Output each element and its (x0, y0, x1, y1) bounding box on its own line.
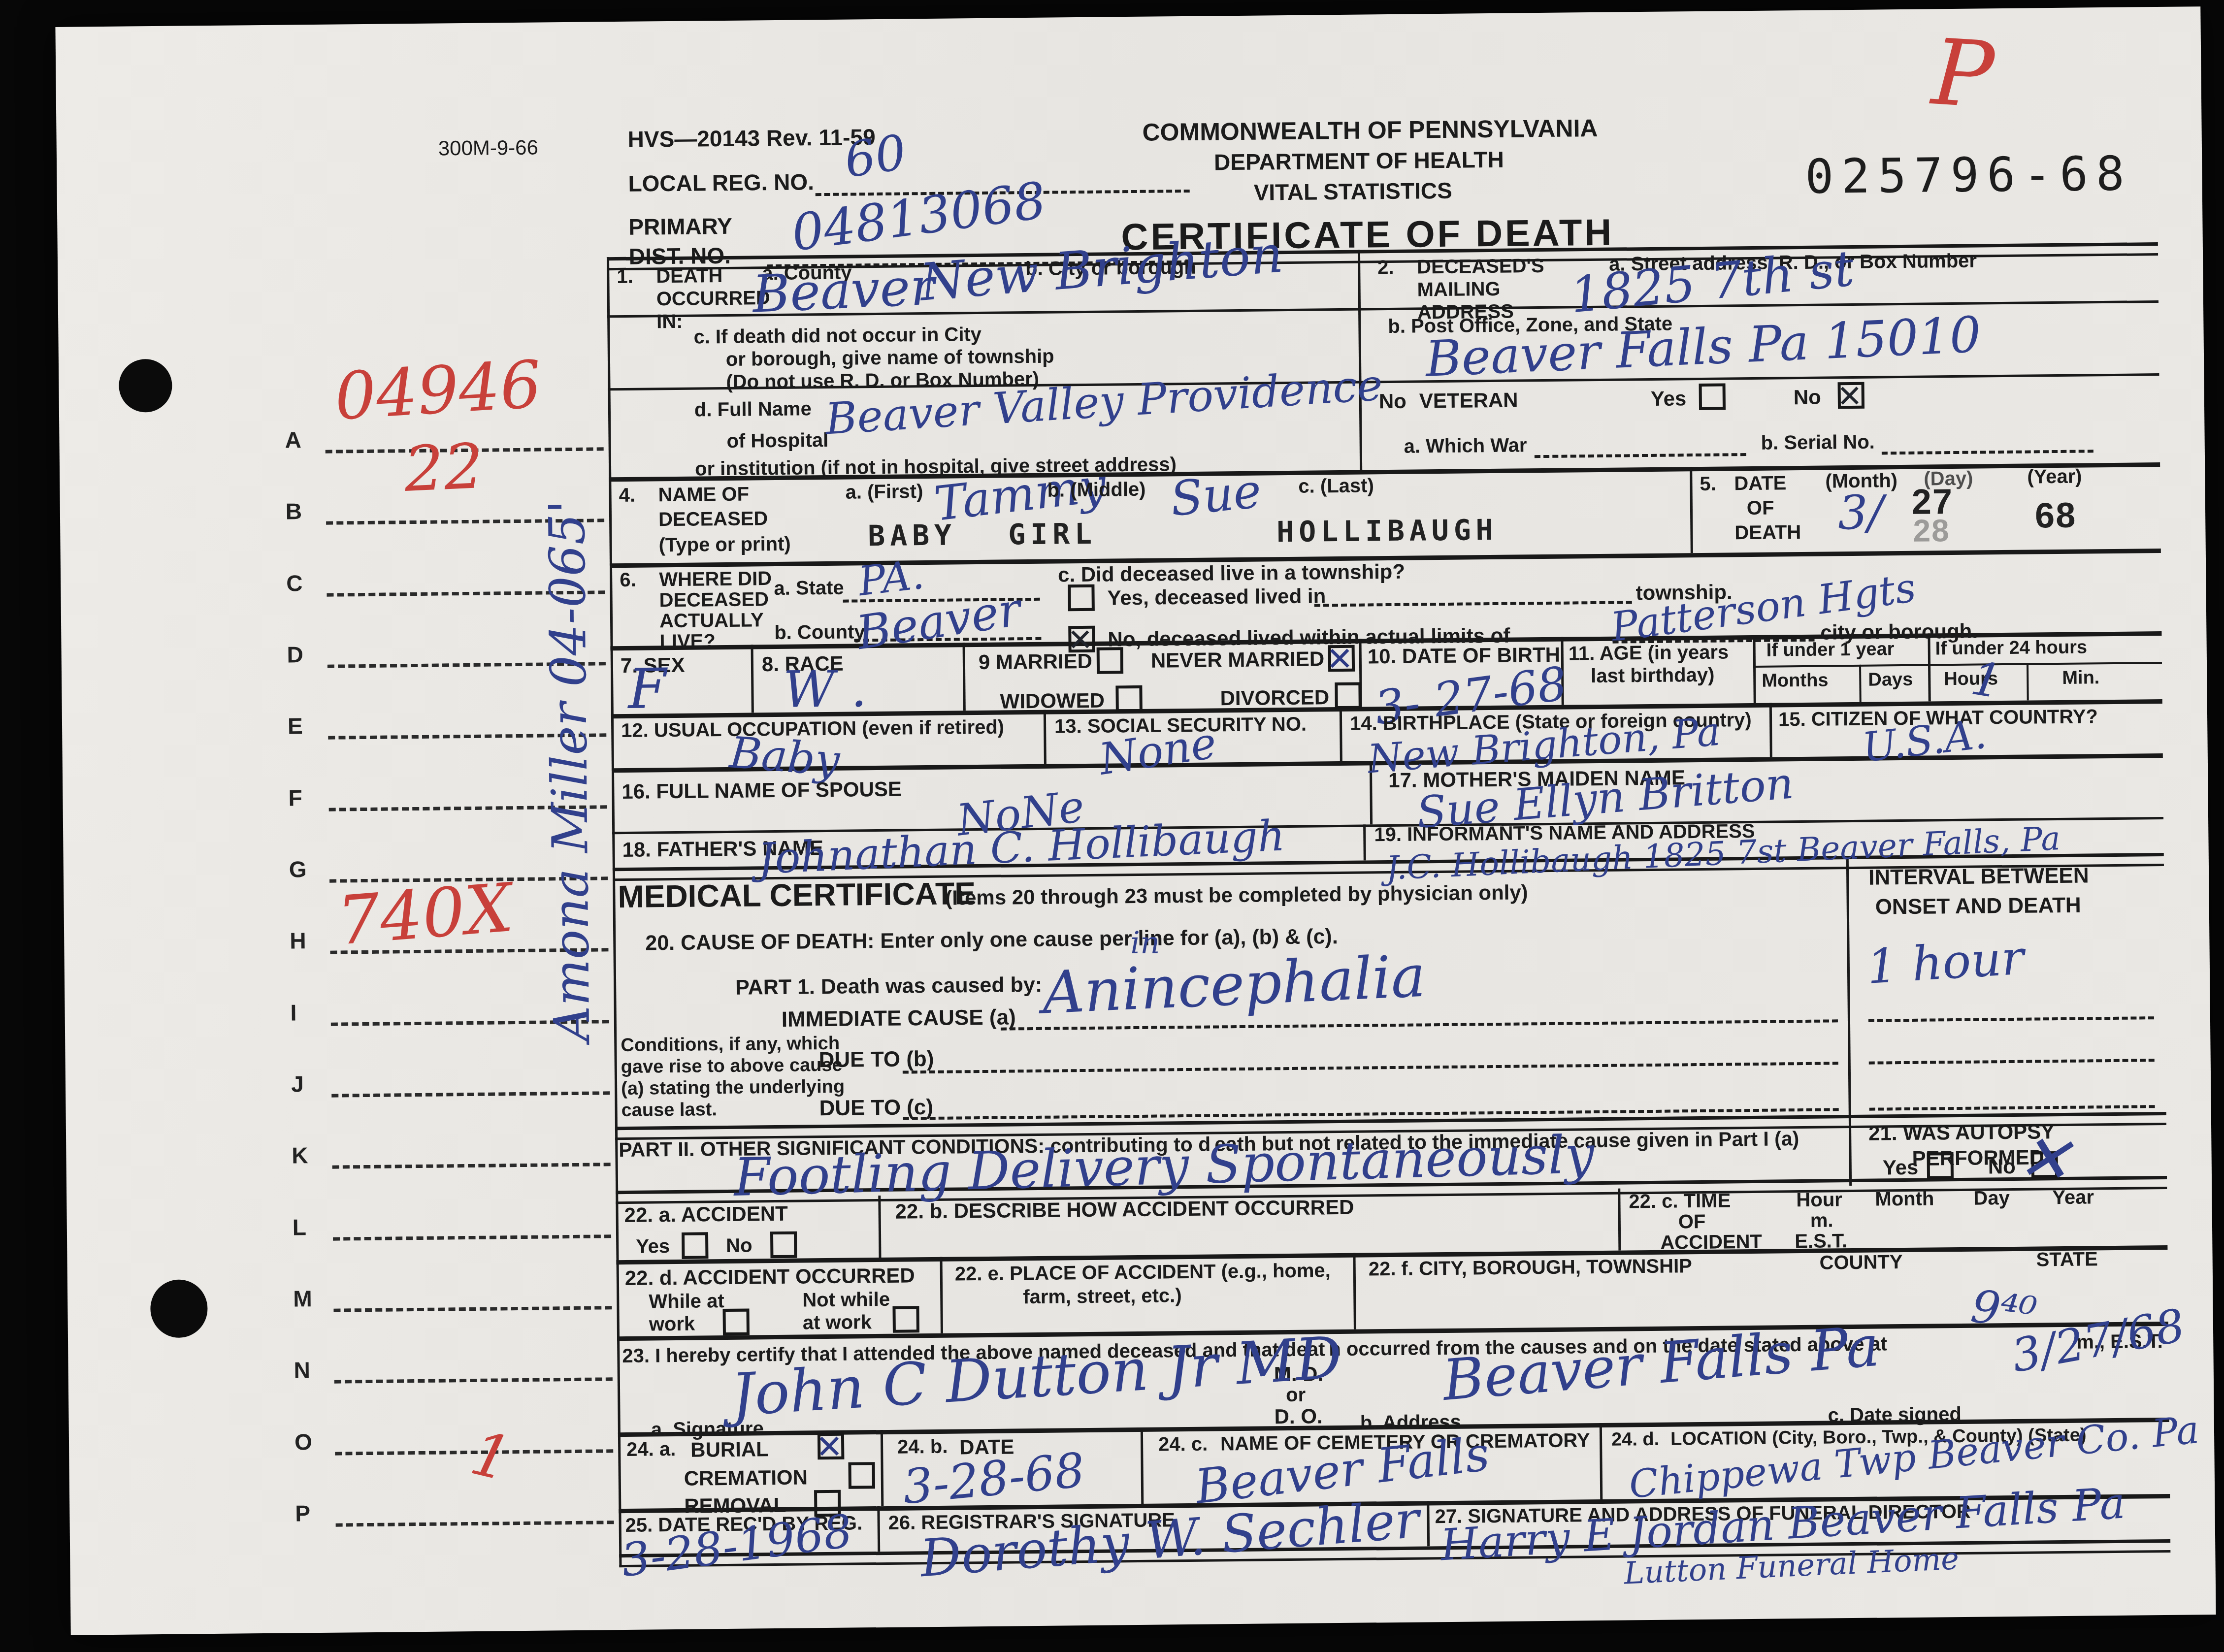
margin-letter-o: O (294, 1428, 312, 1455)
margin-letter-n: N (294, 1357, 310, 1383)
local-reg-value: 60 (841, 128, 909, 185)
s3-label: VETERAN (1419, 389, 1518, 413)
s20-c-interval-line (1869, 1105, 2155, 1111)
margin-letter-f: F (288, 784, 302, 811)
s3-no: No (1379, 389, 1406, 414)
s23-c-label: c. Date signed (1828, 1403, 1962, 1427)
s22a-no-checkbox[interactable] (770, 1231, 797, 1259)
s22c-year: Year (2052, 1186, 2094, 1209)
interval-col-border (1846, 856, 1852, 1186)
s1-l3: IN: (656, 311, 683, 333)
s4-middle-typed: GIRL (1008, 517, 1097, 551)
r4-v1 (751, 645, 754, 713)
r25-v2 (1427, 1501, 1430, 1546)
r5-v2 (1340, 707, 1342, 761)
s20-b-interval-line (1869, 1059, 2155, 1065)
s1-city-value: New Brighton (918, 228, 1285, 308)
s2-l1: DECEASED'S (1417, 255, 1544, 278)
margin-line-m (333, 1306, 612, 1312)
s3-serial-label: b. Serial No. (1761, 431, 1875, 454)
s6-yes-checkbox[interactable] (1068, 584, 1095, 612)
s22a-yes-checkbox[interactable] (682, 1232, 709, 1259)
s24-cremation-label: CREMATION (684, 1465, 808, 1490)
r22abc-v2 (1618, 1189, 1621, 1251)
s11-days-label: Days (1868, 669, 1913, 691)
department-title: DEPARTMENT OF HEALTH (1214, 146, 1504, 176)
s1-d2: of Hospital (726, 429, 828, 453)
s12-value: Baby (728, 731, 841, 782)
s4-c-label: c. (Last) (1298, 475, 1374, 497)
margin-code-a: 04946 (333, 352, 543, 430)
s11-u24-label: If under 24 hours (1935, 637, 2088, 659)
s6-b-label: b. County (774, 621, 865, 644)
s4-a-label: a. (First) (845, 481, 923, 504)
r24-v1 (881, 1430, 883, 1506)
s6-township-line (1314, 601, 1632, 607)
s20-a-interval-line (1868, 1016, 2154, 1022)
s4-last-typed: HOLLIBAUGH (1276, 513, 1498, 549)
s6-no-checkbox[interactable] (1068, 626, 1095, 653)
margin-line-k (332, 1163, 611, 1168)
local-reg-label: LOCAL REG. NO. (628, 168, 814, 197)
s11-u1-label: If under 1 year (1766, 639, 1895, 661)
s22c-l1: 22. c. TIME (1629, 1190, 1731, 1213)
s23-do: D. O. (1274, 1404, 1322, 1428)
s6-l2: DECEASED (659, 588, 769, 612)
margin-code-p: 1 (465, 1423, 517, 1490)
s11-min-label: Min. (2062, 667, 2099, 689)
s6-state-value: PA. (856, 554, 926, 602)
s4-l3: (Type or print) (658, 533, 791, 557)
s6-a-label: a. State (774, 577, 844, 600)
r25-v1 (877, 1506, 880, 1552)
s20-note1: Conditions, if any, which (621, 1033, 840, 1056)
s20-due-b: DUE TO (b) (818, 1047, 934, 1072)
s9-never-checkbox[interactable] (1328, 645, 1355, 672)
row2-split (1690, 467, 1693, 553)
primary-label: PRIMARY (628, 213, 732, 240)
margin-letter-a: A (285, 426, 301, 453)
margin-line-p (336, 1521, 614, 1526)
margin-letter-i: I (290, 999, 296, 1026)
s3-no-label: No (1794, 386, 1821, 410)
s5-l3: DEATH (1734, 521, 1801, 544)
s1-d1: d. Full Name (694, 398, 812, 421)
s1-c1: c. If death did not occur in City (693, 324, 981, 349)
s16-label: 16. FULL NAME OF SPOUSE (621, 777, 902, 804)
r22def-v2 (1353, 1253, 1356, 1329)
certificate-number-stamp: 025796-68 (1805, 146, 2132, 204)
s22a-no-label: No (726, 1235, 752, 1258)
r5-v3 (1769, 703, 1772, 757)
margin-letter-p: P (295, 1500, 310, 1526)
s22c-m: m. (1810, 1209, 1833, 1231)
s11-months-label: Months (1762, 670, 1828, 691)
margin-letter-g: G (289, 856, 307, 882)
s8-value: W . (783, 664, 867, 715)
margin-letter-k: K (292, 1142, 308, 1168)
s22c-est: E.S.T. (1795, 1230, 1847, 1253)
s22f-label: 22. f. CITY, BOROUGH, TOWNSHIP (1369, 1255, 1693, 1280)
s2-l2: MAILING (1417, 278, 1500, 301)
s4-l1: NAME OF (658, 484, 749, 507)
s24-burial-label: BURIAL (690, 1437, 769, 1462)
s6-l1: WHERE DID (659, 568, 772, 591)
r24-v3 (1600, 1423, 1603, 1499)
interval-label-1: INTERVAL BETWEEN (1868, 863, 2089, 890)
r4-v6 (1859, 665, 1862, 702)
r24-v2 (1141, 1427, 1144, 1504)
s22d-label: 22. d. ACCIDENT OCCURRED (625, 1263, 915, 1290)
margin-line-n (334, 1377, 613, 1383)
margin-code-h: 740X (335, 875, 515, 955)
s24-cremation-checkbox[interactable] (848, 1462, 875, 1489)
r4-u24-rule (1928, 662, 2162, 666)
s5-l1: DATE (1734, 472, 1786, 495)
s6-c-label: c. Did deceased live in a township? (1058, 560, 1405, 587)
s22a-label: 22. a. ACCIDENT (624, 1202, 788, 1227)
s2-no: 2. (1377, 257, 1394, 279)
s9-divorced-checkbox[interactable] (1335, 682, 1362, 710)
r4-v7 (1928, 633, 1930, 701)
s5-year-label: (Year) (2027, 466, 2082, 488)
s4-b-label: b. (Middle) (1047, 479, 1145, 502)
margin-line-l (333, 1234, 611, 1240)
s22f-state: STATE (2036, 1248, 2098, 1271)
med-subtitle: (Items 20 through 23 must be completed b… (945, 880, 1528, 909)
r22abc-v1 (878, 1196, 881, 1258)
s24-b-no: 24. b. (897, 1436, 948, 1458)
s7-value: F (628, 661, 667, 717)
margin-letter-e: E (288, 713, 303, 739)
s20-cause-insert: in (1130, 928, 1160, 959)
s3-yes-checkbox[interactable] (1699, 383, 1726, 410)
s1-l1: DEATH (656, 265, 722, 288)
s5-no: 5. (1700, 473, 1716, 495)
s11-l1: 11. AGE (in years (1569, 641, 1729, 665)
form-number: HVS—20143 Rev. 11-59 (627, 124, 875, 153)
r22def-v1 (940, 1257, 943, 1333)
s6-l3: ACTUALLY (659, 609, 764, 632)
commonwealth-title: COMMONWEALTH OF PENNSYLVANIA (1142, 114, 1598, 147)
s9-widowed-checkbox[interactable] (1115, 685, 1143, 713)
s15-value: U.S.A. (1861, 714, 1989, 768)
s23-signature-hand: John C Dutton Jr MD (729, 1328, 1343, 1425)
s20-b-line (903, 1062, 1838, 1073)
s22e-l2: farm, street, etc.) (1023, 1285, 1182, 1308)
scanned-death-certificate-photo: { "photo": { "stamp_letter": "P", "cert_… (0, 0, 2224, 1652)
interval-label-2: ONSET AND DEATH (1875, 893, 2081, 920)
s24-burial-checkbox[interactable] (818, 1433, 845, 1460)
r4-v2 (963, 643, 966, 711)
s22d-atwork-checkbox[interactable] (722, 1309, 750, 1336)
s20-immediate: IMMEDIATE CAUSE (a) (782, 1005, 1016, 1032)
margin-letter-l: L (293, 1214, 307, 1240)
s3-serial-line (1882, 450, 2093, 454)
s11-l2: last birthday) (1591, 664, 1715, 687)
margin-vertical-note: Amona Miller 04-065' (543, 500, 597, 1041)
s9-divorced-label: DIVORCED (1220, 685, 1329, 710)
s22a-yes-label: Yes (636, 1235, 670, 1258)
r4-v5 (1753, 635, 1756, 703)
s6-yes-text: Yes, deceased lived in (1107, 584, 1326, 610)
s4-no: 4. (619, 485, 635, 507)
s20-cause-value: Anincephalia (1041, 947, 1427, 1022)
s9-married-checkbox[interactable] (1097, 647, 1124, 674)
margin-letter-j: J (291, 1070, 304, 1097)
s24-a-no: 24. a. (626, 1438, 676, 1461)
s22c-month: Month (1875, 1188, 1934, 1210)
s22d-w1: While at (649, 1290, 724, 1313)
margin-letter-d: D (287, 641, 303, 668)
s9-never-label: NEVER MARRIED (1151, 647, 1325, 672)
s22d-notatwork-checkbox[interactable] (892, 1306, 919, 1333)
s21-no-label: No (1988, 1155, 2016, 1179)
margin-letter-h: H (290, 927, 306, 954)
margin-code-b: 22 (403, 435, 485, 501)
s1-county-value: Beaver (752, 260, 936, 320)
s20-part1: PART 1. Death was caused by: (735, 973, 1042, 1000)
s22e-l1: 22. e. PLACE OF ACCIDENT (e.g., home, (955, 1260, 1331, 1285)
s22c-hour: Hour (1796, 1189, 1842, 1211)
s3-whichwar-label: a. Which War (1404, 434, 1527, 457)
stamp-letter-p: P (1930, 27, 1996, 121)
s1-no: 1. (617, 266, 633, 288)
margin-letter-b: B (286, 498, 302, 524)
margin-letter-m: M (293, 1285, 312, 1312)
s22d-n2: at work (803, 1311, 872, 1334)
s21-no-x-mark: ✕ (2015, 1124, 2074, 1193)
s5-month-value: 3/ (1838, 489, 1884, 537)
s4-first-typed: BABY (868, 518, 956, 552)
r5-v1 (1044, 710, 1047, 764)
punch-hole-top (119, 359, 172, 413)
print-code: 300M-9-66 (438, 136, 539, 161)
med-title: MEDICAL CERTIFICATE (618, 875, 976, 915)
s22c-day: Day (1973, 1187, 2010, 1210)
s21-yes-label: Yes (1883, 1156, 1919, 1180)
r4-u1-rule (1753, 664, 1928, 668)
s22f-county: COUNTY (1819, 1251, 1902, 1274)
s4-l2: DECEASED (658, 508, 768, 531)
s4-middle-hand: Sue (1168, 467, 1263, 523)
s20-note2: gave rise to above cause (621, 1055, 843, 1078)
margin-letter-c: C (286, 570, 303, 596)
s20-note4: cause last. (621, 1099, 717, 1121)
r7-split (1363, 825, 1366, 861)
punch-hole-bottom (150, 1279, 208, 1338)
s5-year-value: 68 (2035, 495, 2077, 536)
s9-married-label: 9 MARRIED (979, 649, 1092, 674)
s21-yes-checkbox[interactable] (1927, 1152, 1954, 1179)
s3-yes-label: Yes (1651, 387, 1687, 411)
s20-note3: (a) stating the underlying (621, 1076, 845, 1100)
s22d-n1: Not while (802, 1289, 890, 1312)
interval-value: 1 hour (1865, 934, 2025, 991)
s22b-label: 22. b. DESCRIBE HOW ACCIDENT OCCURRED (895, 1196, 1354, 1224)
s24-c-no: 24. c. (1158, 1433, 1208, 1456)
certificate-paper: 300M-9-66 A B C D E F G H I J K L M N O … (55, 6, 2216, 1635)
s1-c2: or borough, give name of township (726, 346, 1054, 371)
s9-widowed-label: WIDOWED (1000, 689, 1105, 713)
r4-v8 (2027, 663, 2029, 701)
margin-line-j (331, 1091, 610, 1097)
vital-statistics-title: VITAL STATISTICS (1254, 177, 1452, 206)
s11-hours-value: 1 (1968, 655, 2004, 706)
s5-l2: OF (1747, 497, 1774, 520)
s5-day-erased: 28 (1913, 512, 1950, 549)
s22c-l3: ACCIDENT (1660, 1231, 1762, 1254)
s3-no-checkbox[interactable] (1838, 382, 1865, 409)
s24-d-no: 24. d. (1611, 1429, 1660, 1451)
s22d-w2: work (649, 1313, 695, 1336)
s22c-l2: OF (1678, 1211, 1706, 1233)
s6-no: 6. (620, 569, 636, 591)
s3-whichwar-line (1535, 453, 1746, 458)
s6-l4: LIVE? (659, 630, 716, 653)
